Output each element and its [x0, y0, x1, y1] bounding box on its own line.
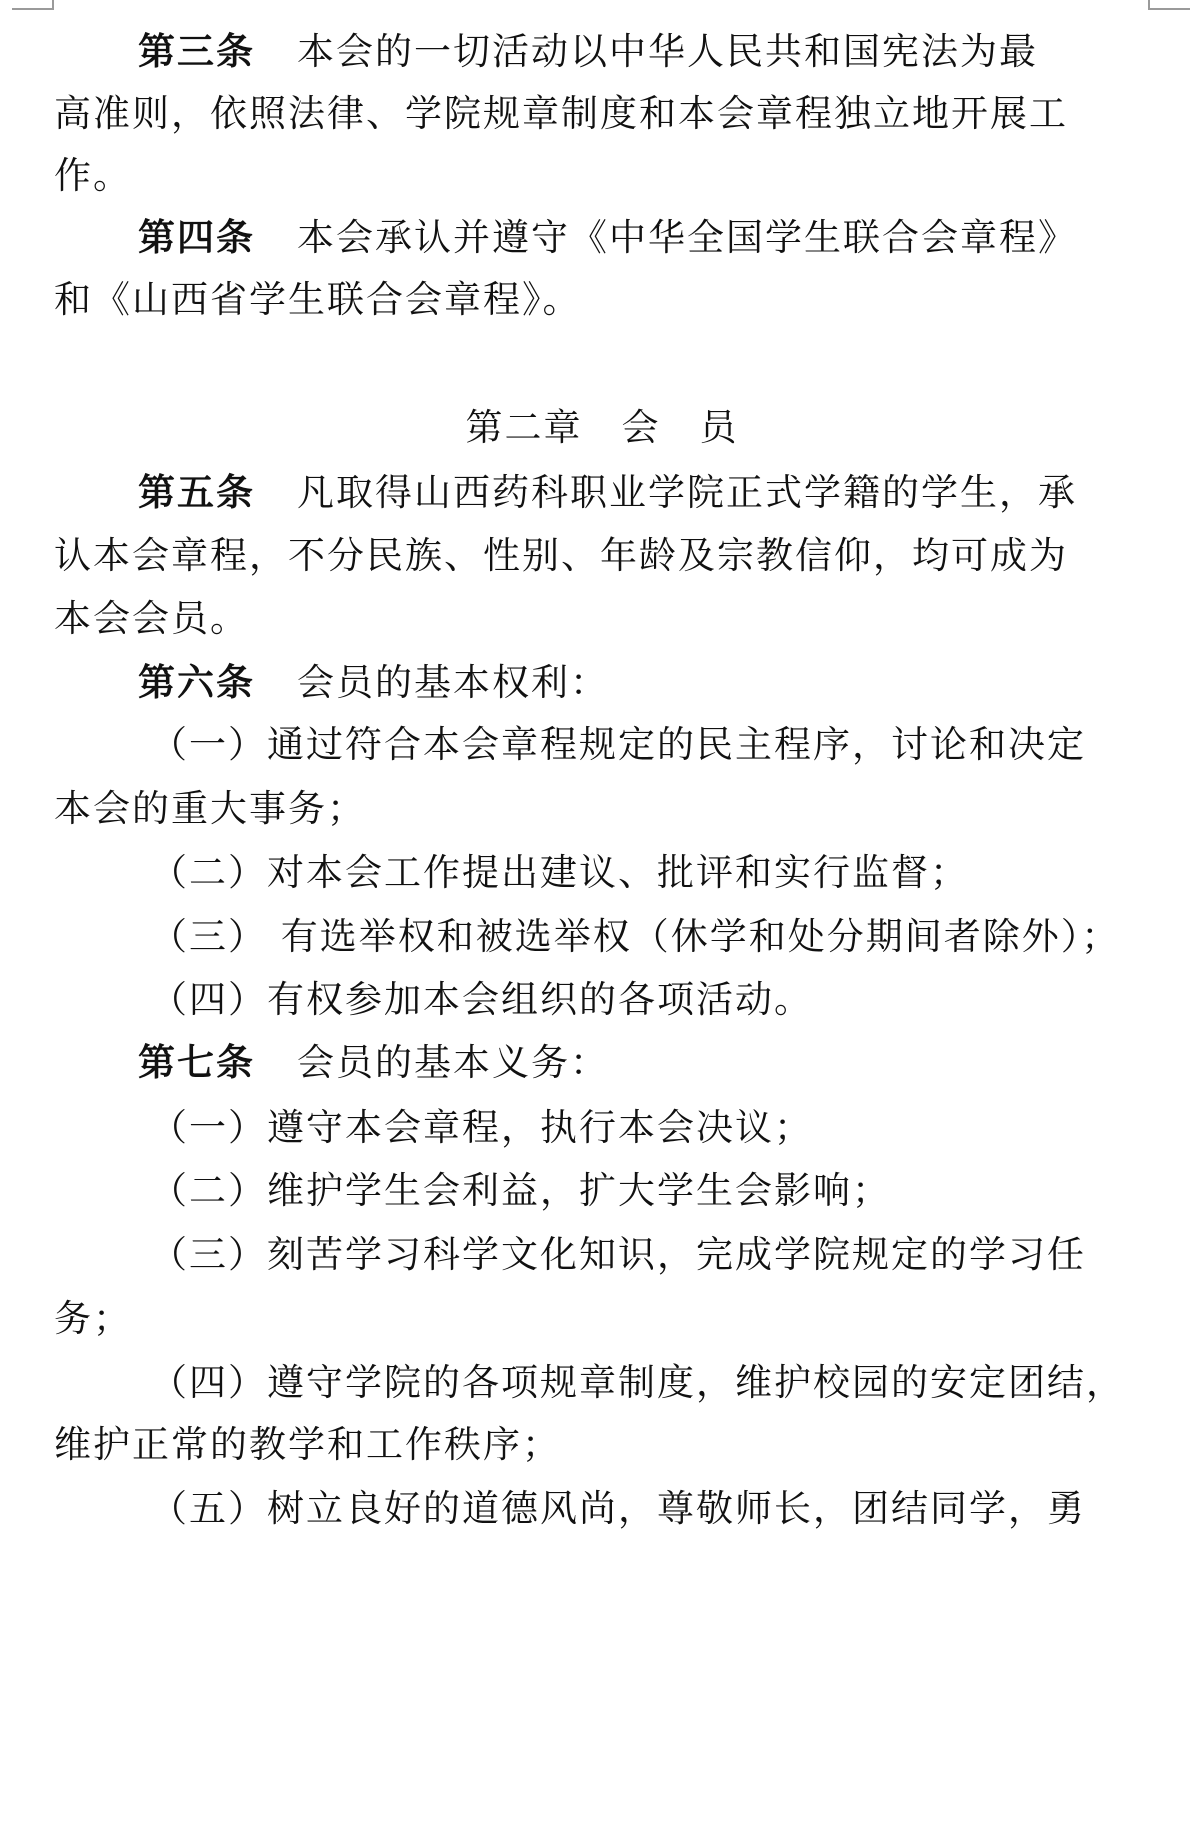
article-7-item-2: （二）维护学生会利益，扩大学生会影响；: [150, 1166, 891, 1216]
article-4-line-1: 第四条本会承认并遵守《中华全国学生联合会章程》: [138, 213, 1077, 263]
article-6-item-1-line-1: （一）通过符合本会章程规定的民主程序，讨论和决定: [150, 720, 1086, 770]
article-7-item-5-line-1: （五）树立良好的道德风尚，尊敬师长，团结同学，勇: [150, 1484, 1086, 1534]
article-6-label: 第六条: [138, 661, 255, 704]
article-7-line-1: 第七条会员的基本义务：: [138, 1038, 609, 1088]
article-4-label: 第四条: [138, 216, 255, 259]
article-6-line-1: 第六条会员的基本权利：: [138, 658, 609, 708]
article-3-line-2: 高准则，依照法律、学院规章制度和本会章程独立地开展工: [54, 89, 1068, 139]
article-7-label: 第七条: [138, 1041, 255, 1084]
article-5-label: 第五条: [138, 471, 255, 514]
article-7-item-4-line-2: 维护正常的教学和工作秩序；: [54, 1420, 561, 1470]
article-6-item-4: （四）有权参加本会组织的各项活动。: [150, 975, 813, 1025]
article-3-line-3: 作。: [54, 151, 132, 201]
article-5-text: 凡取得山西药科职业学院正式学籍的学生，承: [297, 471, 1077, 514]
article-5-line-1: 第五条凡取得山西药科职业学院正式学籍的学生，承: [138, 468, 1077, 518]
article-6-item-2: （二）对本会工作提出建议、批评和实行监督；: [150, 848, 969, 898]
article-7-item-1: （一）遵守本会章程，执行本会决议；: [150, 1103, 813, 1153]
article-3-label: 第三条: [138, 30, 255, 73]
article-3-text: 本会的一切活动以中华人民共和国宪法为最: [297, 30, 1038, 73]
article-4-line-2: 和《山西省学生联合会章程》。: [54, 275, 582, 325]
chapter-2-title: 第二章 会 员: [54, 403, 1150, 453]
article-4-text: 本会承认并遵守《中华全国学生联合会章程》: [297, 216, 1077, 259]
article-6-item-3: （三） 有选举权和被选举权（休学和处分期间者除外）；: [150, 912, 1120, 962]
article-7-intro: 会员的基本义务：: [297, 1041, 609, 1084]
page-corner-mark-right: [1148, 0, 1190, 10]
article-5-line-2: 认本会章程，不分民族、性别、年龄及宗教信仰，均可成为: [54, 531, 1068, 581]
article-7-item-3-line-2: 务；: [54, 1294, 132, 1344]
article-7-item-3-line-1: （三）刻苦学习科学文化知识，完成学院规定的学习任: [150, 1230, 1086, 1280]
article-6-intro: 会员的基本权利：: [297, 661, 609, 704]
page-corner-mark-left: [12, 0, 54, 10]
article-6-item-1-line-2: 本会的重大事务；: [54, 784, 366, 834]
article-7-item-4-line-1: （四）遵守学院的各项规章制度，维护校园的安定团结，: [150, 1358, 1125, 1408]
article-3-line-1: 第三条本会的一切活动以中华人民共和国宪法为最: [138, 27, 1038, 77]
article-5-line-3: 本会会员。: [54, 594, 249, 644]
